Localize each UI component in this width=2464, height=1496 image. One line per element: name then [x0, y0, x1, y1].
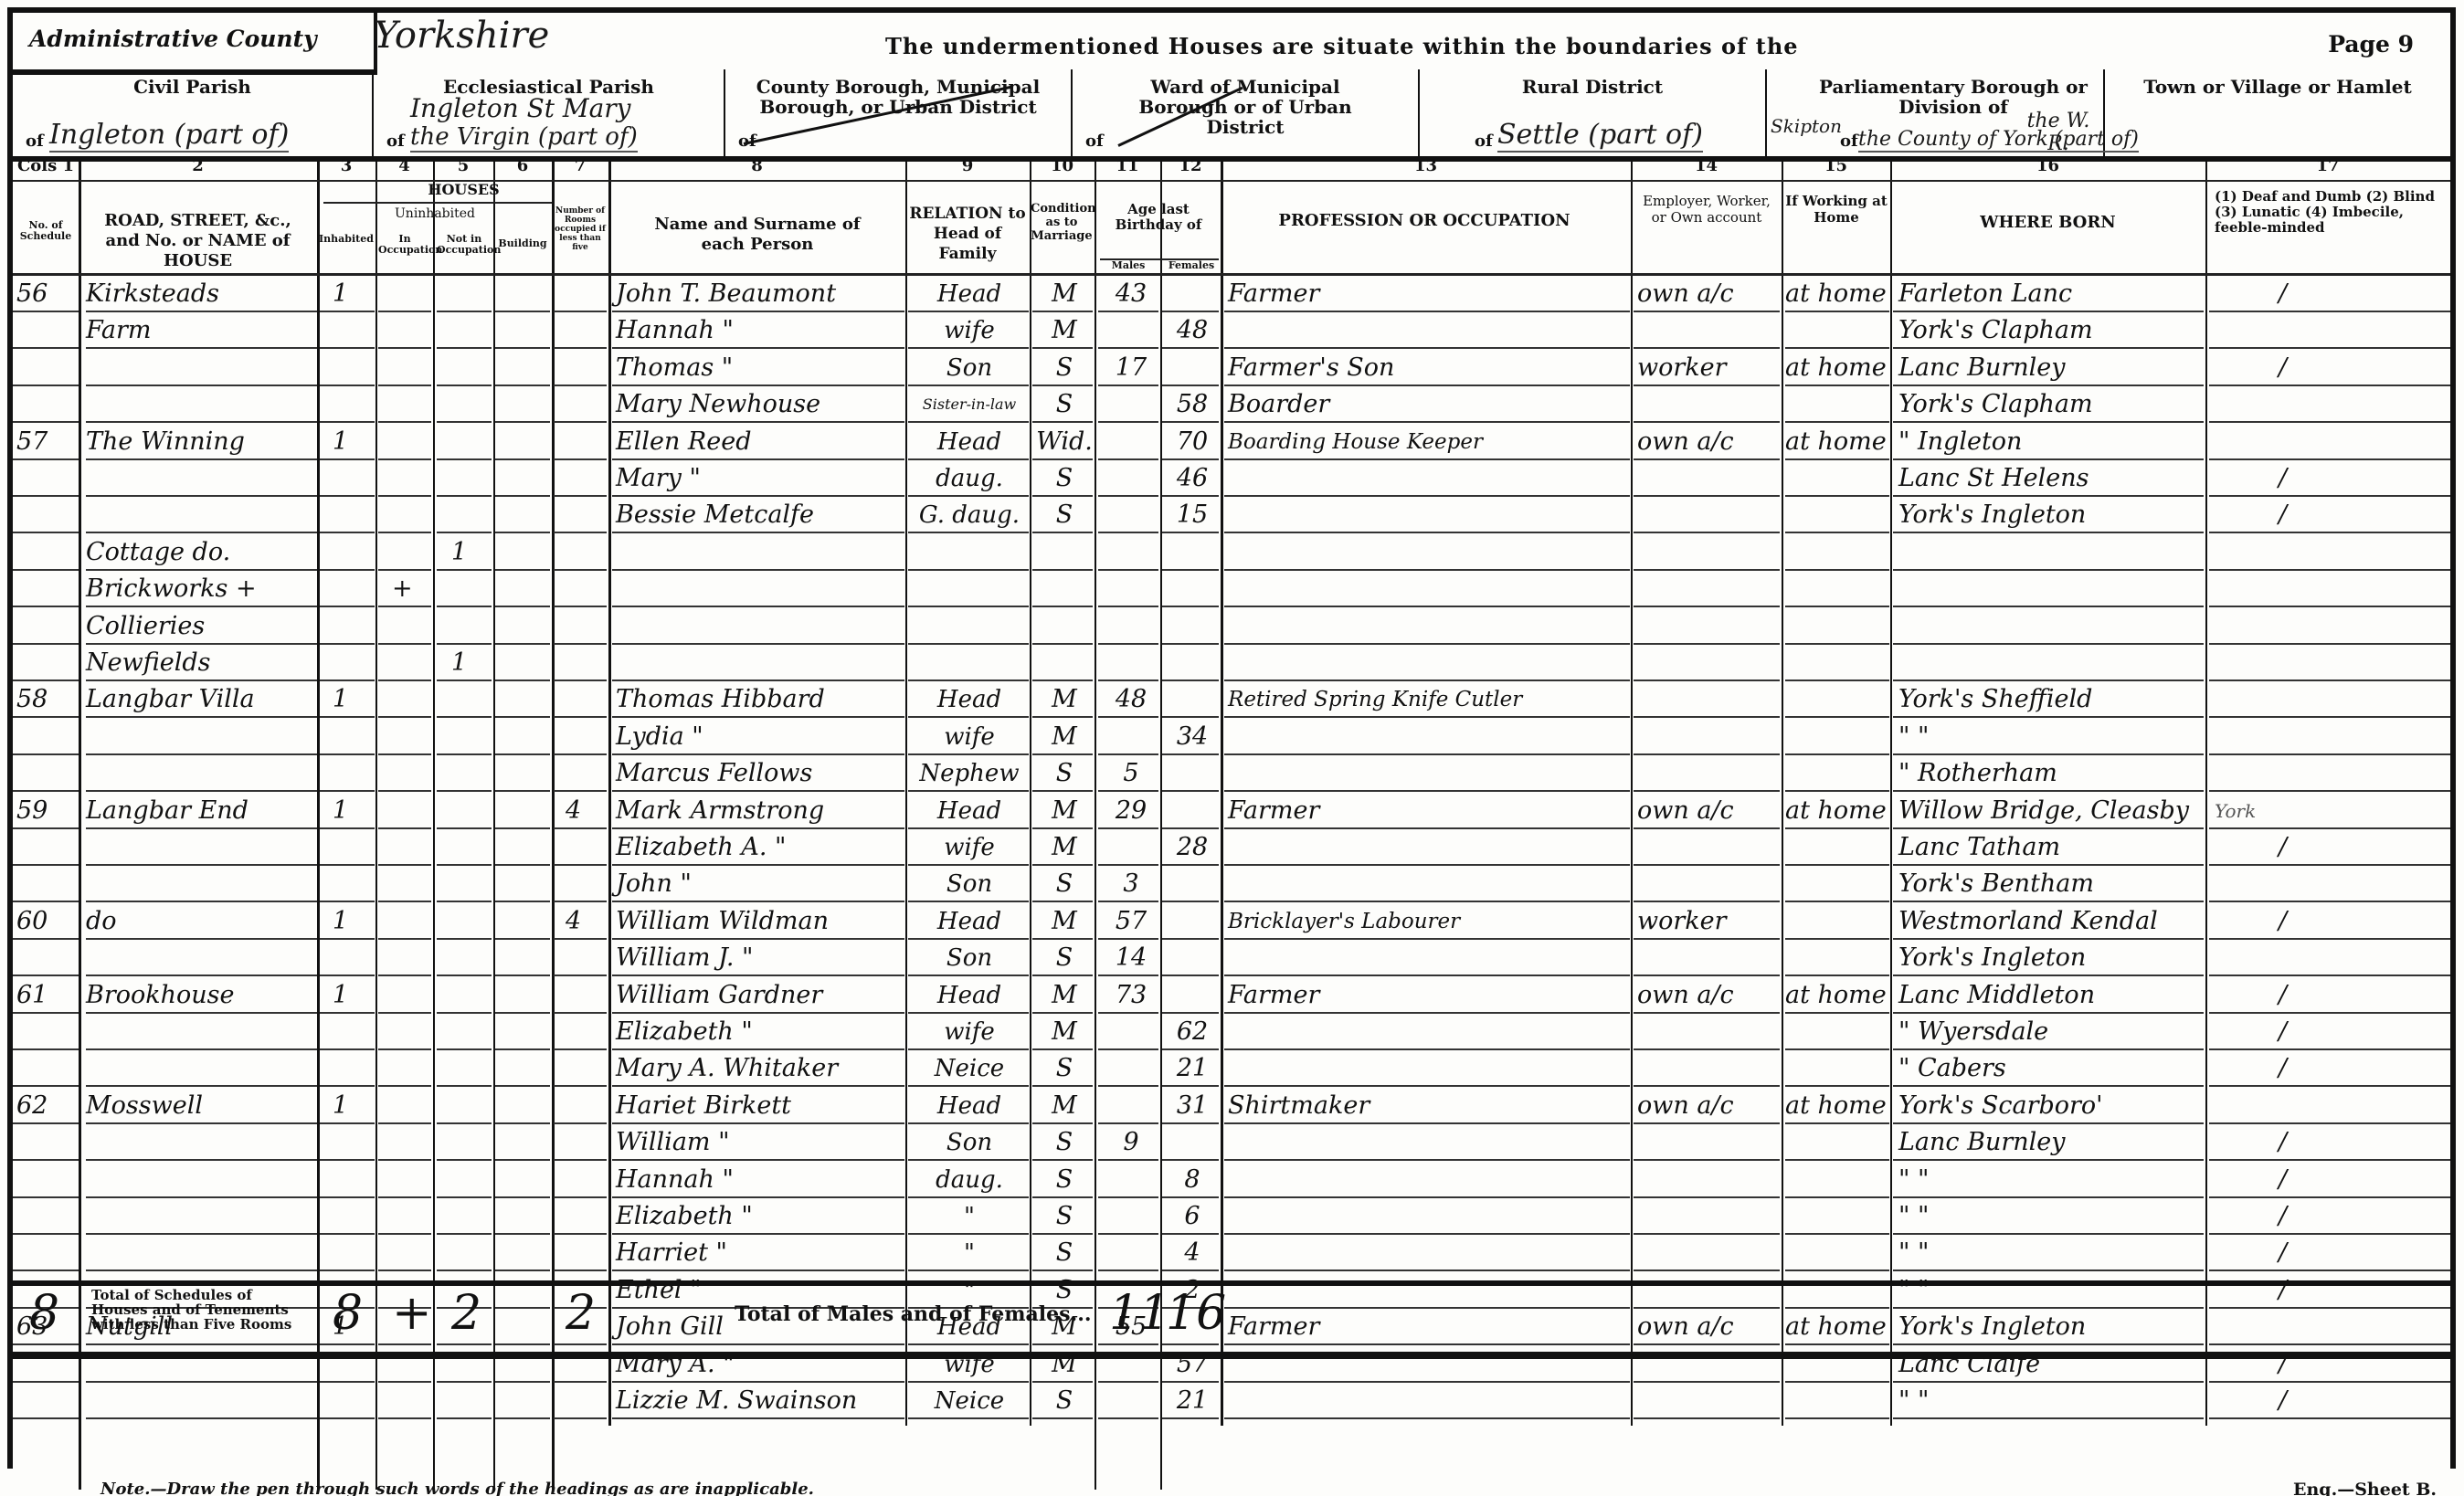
cell-condition: S — [1036, 1198, 1093, 1235]
cell-road — [86, 829, 314, 866]
cell-condition — [1036, 645, 1093, 681]
cell-road — [86, 719, 314, 755]
cell-female-age — [1166, 755, 1219, 792]
cell-in-occ — [392, 1050, 428, 1087]
cell-building — [506, 1383, 543, 1419]
rural-district: Rural District of Settle (part of) — [1420, 69, 1767, 156]
cell-born: " " — [1898, 1162, 2205, 1198]
cell-at-home — [1785, 903, 1888, 940]
cell-born: " " — [1898, 719, 2205, 755]
cell-female-age: 21 — [1166, 1383, 1219, 1419]
cell-infirmity: / — [2279, 1198, 2333, 1235]
cell-inhabited — [333, 1235, 369, 1271]
cell-relation: Head — [910, 424, 1029, 460]
cell-born: " " — [1898, 1235, 2205, 1271]
cell-infirmity: / — [2279, 1235, 2333, 1271]
cell-at-home — [1785, 940, 1888, 976]
table-row: Elizabeth ""S6" "/ — [13, 1198, 2450, 1235]
cell-occupation: Farmer's Son — [1228, 350, 1630, 386]
cell-building — [506, 1088, 543, 1124]
at-home-header: If Working at Home — [1785, 193, 1888, 226]
cell-female-age — [1166, 645, 1219, 681]
cell-name — [616, 645, 906, 681]
cell-relation: Son — [910, 866, 1029, 902]
cell-rooms — [566, 534, 602, 571]
cell-at-home: at home — [1785, 1088, 1888, 1124]
total-in-occupation: + — [392, 1286, 432, 1341]
cell-not-occ — [451, 1198, 488, 1235]
ecclesiastical-parish: Ecclesiastical Parish Ingleton St Mary o… — [374, 69, 725, 156]
cell-relation: " — [910, 1198, 1029, 1235]
cell-relation: Neice — [910, 1050, 1029, 1087]
cell-born: Lanc St Helens — [1898, 460, 2205, 497]
cell-male-age: 48 — [1104, 681, 1158, 718]
col-number: 7 — [552, 156, 608, 178]
cell-in-occ — [392, 866, 428, 902]
cell-condition: S — [1036, 1235, 1093, 1271]
cell-in-occ — [392, 645, 428, 681]
cell-at-home: at home — [1785, 424, 1888, 460]
cell-road: Kirksteads — [86, 276, 314, 312]
cell-not-occ — [451, 1088, 488, 1124]
cell-building — [506, 645, 543, 681]
cell-female-age — [1166, 350, 1219, 386]
col-number: 12 — [1160, 156, 1221, 178]
cell-name: Thomas Hibbard — [616, 681, 906, 718]
table-row: Elizabeth A. "wifeM28Lanc Tatham/ — [13, 829, 2450, 866]
table-row: Marcus FellowsNephewS5" Rotherham — [13, 755, 2450, 792]
rural-district-label: Rural District — [1420, 77, 1765, 97]
cell-building — [506, 424, 543, 460]
cell-male-age — [1104, 645, 1158, 681]
cell-building — [506, 1050, 543, 1087]
cell-condition: S — [1036, 350, 1093, 386]
cell-born: " Ingleton — [1898, 424, 2205, 460]
cell-relation: Sister-in-law — [910, 386, 1029, 423]
cell-female-age — [1166, 1124, 1219, 1161]
table-row: 62Mosswell1Hariet BirkettHeadM31Shirtmak… — [13, 1088, 2450, 1124]
cell-infirmity — [2279, 645, 2333, 681]
cell-building — [506, 719, 543, 755]
cell-male-age: 43 — [1104, 276, 1158, 312]
total-rooms: 2 — [566, 1286, 596, 1341]
houses-header: HOUSES — [375, 180, 552, 200]
col-number: 3 — [317, 156, 375, 178]
cell-relation: Head — [910, 793, 1029, 829]
cell-building — [506, 1014, 543, 1050]
cell-not-occ — [451, 424, 488, 460]
cell-name: Mark Armstrong — [616, 793, 906, 829]
col-number: 5 — [433, 156, 493, 178]
census-page: Administrative County Yorkshire The unde… — [7, 7, 2456, 1469]
cell-road: The Winning — [86, 424, 314, 460]
cell-schedule — [16, 645, 77, 681]
cell-occupation — [1228, 829, 1630, 866]
row-rule — [495, 1417, 550, 1419]
table-row: Elizabeth "wifeM62" Wyersdale/ — [13, 1014, 2450, 1050]
infirmity-header: (1) Deaf and Dumb (2) Blind (3) Lunatic … — [2215, 189, 2443, 236]
cell-name: Hariet Birkett — [616, 1088, 906, 1124]
cell-female-age: 6 — [1166, 1198, 1219, 1235]
cell-schedule — [16, 1162, 77, 1198]
of-label: of — [1475, 132, 1493, 151]
cell-employer: own a/c — [1637, 276, 1780, 312]
cell-in-occ — [392, 903, 428, 940]
cell-born: York's Clapham — [1898, 312, 2205, 349]
cell-employer — [1637, 608, 1780, 645]
cell-born — [1898, 645, 2205, 681]
row-rule — [908, 1417, 1029, 1419]
cell-female-age — [1166, 608, 1219, 645]
cell-not-occ — [451, 276, 488, 312]
cell-building — [506, 276, 543, 312]
name-header: Name and Surname of each Person — [643, 215, 872, 255]
cell-building — [506, 755, 543, 792]
page-number: Page 9 — [2328, 31, 2414, 58]
cell-condition: S — [1036, 386, 1093, 423]
cell-road: Collieries — [86, 608, 314, 645]
cell-in-occ — [392, 497, 428, 533]
cell-male-age — [1104, 386, 1158, 423]
cell-schedule — [16, 940, 77, 976]
cell-schedule: 56 — [16, 276, 77, 312]
row-rule — [2209, 1417, 2450, 1419]
cell-rooms — [566, 276, 602, 312]
cell-road — [86, 755, 314, 792]
cell-male-age — [1104, 1383, 1158, 1419]
relation-header: RELATION to Head of Family — [908, 204, 1027, 264]
cell-building — [506, 1235, 543, 1271]
cell-rooms — [566, 940, 602, 976]
col-number: 4 — [375, 156, 433, 178]
cell-at-home: at home — [1785, 793, 1888, 829]
cell-infirmity: / — [2279, 1014, 2333, 1050]
cell-at-home: at home — [1785, 350, 1888, 386]
cell-name: Bessie Metcalfe — [616, 497, 906, 533]
cell-schedule — [16, 829, 77, 866]
cell-not-occ — [451, 977, 488, 1014]
cell-male-age — [1104, 571, 1158, 607]
cell-occupation — [1228, 755, 1630, 792]
cell-employer: worker — [1637, 903, 1780, 940]
cell-schedule — [16, 1014, 77, 1050]
cell-road — [86, 940, 314, 976]
cell-employer: own a/c — [1637, 977, 1780, 1014]
cell-not-occ — [451, 755, 488, 792]
town-village-label: Town or Village or Hamlet — [2105, 77, 2450, 97]
in-occupation-header: In Occupation — [378, 234, 431, 256]
cell-schedule — [16, 534, 77, 571]
cell-employer — [1637, 1050, 1780, 1087]
cell-name — [616, 608, 906, 645]
cell-not-occ — [451, 1050, 488, 1087]
cell-male-age: 29 — [1104, 793, 1158, 829]
cell-inhabited — [333, 1014, 369, 1050]
cell-building — [506, 1198, 543, 1235]
cell-road — [86, 1124, 314, 1161]
cell-name: John T. Beaumont — [616, 276, 906, 312]
cell-occupation — [1228, 1014, 1630, 1050]
cell-road: Brookhouse — [86, 977, 314, 1014]
cell-at-home — [1785, 1014, 1888, 1050]
cell-male-age — [1104, 829, 1158, 866]
cell-at-home — [1785, 497, 1888, 533]
schedule-no-header: No. of Schedule — [13, 220, 79, 242]
row-rule — [554, 1417, 607, 1419]
cell-condition: M — [1036, 977, 1093, 1014]
cell-not-occ — [451, 1014, 488, 1050]
cell-infirmity — [2279, 386, 2333, 423]
cell-name: Hannah " — [616, 1162, 906, 1198]
cell-rooms — [566, 829, 602, 866]
cell-road: Cottage do. — [86, 534, 314, 571]
cell-male-age: 9 — [1104, 1124, 1158, 1161]
cell-born: York's Bentham — [1898, 866, 2205, 902]
cell-relation: daug. — [910, 460, 1029, 497]
cell-relation: " — [910, 1235, 1029, 1271]
cell-in-occ — [392, 1235, 428, 1271]
cell-in-occ — [392, 1014, 428, 1050]
cell-relation — [910, 645, 1029, 681]
cell-occupation: Farmer — [1228, 793, 1630, 829]
cell-not-occ — [451, 793, 488, 829]
cell-infirmity — [2279, 940, 2333, 976]
cell-employer — [1637, 312, 1780, 349]
cell-employer — [1637, 866, 1780, 902]
cell-name: Marcus Fellows — [616, 755, 906, 792]
row-rule — [1785, 1417, 1889, 1419]
rooms-header: Number of Rooms occupied if less than fi… — [554, 206, 607, 252]
cell-rooms — [566, 497, 602, 533]
table-row: 56Kirksteads1John T. BeaumontHeadM43Farm… — [13, 276, 2450, 312]
cell-rooms — [566, 571, 602, 607]
cell-road — [86, 866, 314, 902]
cell-inhabited — [333, 829, 369, 866]
cell-condition: M — [1036, 681, 1093, 718]
cell-employer — [1637, 1235, 1780, 1271]
cell-at-home — [1785, 755, 1888, 792]
cell-infirmity — [2279, 719, 2333, 755]
cell-in-occ — [392, 719, 428, 755]
cell-inhabited — [333, 866, 369, 902]
cell-infirmity: / — [2279, 977, 2333, 1014]
cell-occupation — [1228, 1124, 1630, 1161]
cell-female-age: 8 — [1166, 1162, 1219, 1198]
total-inhabited: 8 — [333, 1286, 363, 1341]
cell-male-age — [1104, 424, 1158, 460]
row-rule — [86, 1417, 317, 1419]
cell-female-age: 70 — [1166, 424, 1219, 460]
col-number: 16 — [1890, 156, 2205, 178]
cell-not-occ — [451, 1162, 488, 1198]
cell-name: William Gardner — [616, 977, 906, 1014]
cell-male-age — [1104, 608, 1158, 645]
cell-condition: S — [1036, 497, 1093, 533]
cell-rooms: 4 — [566, 903, 602, 940]
cell-born — [1898, 608, 2205, 645]
cell-occupation: Bricklayer's Labourer — [1228, 903, 1630, 940]
cell-employer — [1637, 1162, 1780, 1198]
cell-born: Lanc Burnley — [1898, 1124, 2205, 1161]
ward-label: Ward of Municipal Borough or of Urban Di… — [1073, 77, 1418, 137]
cell-rooms — [566, 350, 602, 386]
cell-infirmity — [2279, 312, 2333, 349]
cell-schedule — [16, 571, 77, 607]
cell-employer — [1637, 829, 1780, 866]
cell-inhabited — [333, 1124, 369, 1161]
cell-road — [86, 1383, 314, 1419]
table-row: 59Langbar End14Mark ArmstrongHeadM29Farm… — [13, 793, 2450, 829]
cell-born: York's Ingleton — [1898, 497, 2205, 533]
cell-female-age: 28 — [1166, 829, 1219, 866]
cell-rooms — [566, 312, 602, 349]
cell-road — [86, 460, 314, 497]
cell-relation: Head — [910, 1088, 1029, 1124]
table-row: Hannah "daug.S8" "/ — [13, 1162, 2450, 1198]
cell-female-age: 58 — [1166, 386, 1219, 423]
cell-infirmity — [2279, 681, 2333, 718]
cell-condition — [1036, 608, 1093, 645]
cell-employer — [1637, 719, 1780, 755]
cell-inhabited — [333, 534, 369, 571]
row-rule — [1893, 1417, 2204, 1419]
cell-infirmity — [2279, 571, 2333, 607]
cell-occupation — [1228, 571, 1630, 607]
cell-infirmity — [2279, 608, 2333, 645]
cell-in-occ — [392, 1124, 428, 1161]
cell-name: Mary A. Whitaker — [616, 1050, 906, 1087]
cell-condition: M — [1036, 312, 1093, 349]
cell-infirmity: / — [2279, 1383, 2333, 1419]
cell-at-home — [1785, 571, 1888, 607]
cell-road: Langbar End — [86, 793, 314, 829]
cell-road: Mosswell — [86, 1088, 314, 1124]
cell-condition: S — [1036, 1124, 1093, 1161]
cell-inhabited: 1 — [333, 276, 369, 312]
cell-employer — [1637, 1014, 1780, 1050]
cell-female-age — [1166, 940, 1219, 976]
cell-in-occ — [392, 534, 428, 571]
cell-not-occ — [451, 1383, 488, 1419]
road-header: ROAD, STREET, &c., and No. or NAME of HO… — [86, 211, 310, 271]
cell-schedule — [16, 608, 77, 645]
cell-building — [506, 940, 543, 976]
cell-born: Lanc Tatham — [1898, 829, 2205, 866]
cell-employer: own a/c — [1637, 1088, 1780, 1124]
cell-rooms — [566, 460, 602, 497]
cell-occupation — [1228, 312, 1630, 349]
cell-female-age — [1166, 681, 1219, 718]
cell-female-age — [1166, 534, 1219, 571]
row-rule — [1634, 1417, 1780, 1419]
cell-infirmity — [2279, 1088, 2333, 1124]
cell-relation: G. daug. — [910, 497, 1029, 533]
cell-at-home — [1785, 1050, 1888, 1087]
cell-born: Willow Bridge, Cleasby — [1898, 793, 2205, 829]
cell-inhabited: 1 — [333, 977, 369, 1014]
totals-schedules-label: Total of Schedules of Houses and of Tene… — [91, 1288, 311, 1332]
cell-relation: wife — [910, 829, 1029, 866]
cell-rooms — [566, 1088, 602, 1124]
civil-parish-value: Ingleton (part of) — [49, 119, 289, 153]
total-not-in-occupation: 2 — [451, 1286, 481, 1341]
cell-relation: wife — [910, 312, 1029, 349]
cell-not-occ — [451, 719, 488, 755]
cell-born: " " — [1898, 1198, 2205, 1235]
cell-building — [506, 866, 543, 902]
cell-building — [506, 460, 543, 497]
cell-name: William Wildman — [616, 903, 906, 940]
cell-male-age — [1104, 1050, 1158, 1087]
cell-infirmity: / — [2279, 1124, 2333, 1161]
cell-at-home — [1785, 829, 1888, 866]
cell-schedule — [16, 497, 77, 533]
cell-condition: M — [1036, 903, 1093, 940]
ecclesiastical-parish-line1: Ingleton St Mary — [410, 93, 631, 123]
cell-born: Lanc Middleton — [1898, 977, 2205, 1014]
col-number: 10 — [1030, 156, 1095, 178]
cell-infirmity: / — [2279, 460, 2333, 497]
table-row: Brickworks ++ — [13, 571, 2450, 607]
cell-male-age — [1104, 1235, 1158, 1271]
cell-in-occ — [392, 977, 428, 1014]
cell-building — [506, 829, 543, 866]
cell-building — [506, 386, 543, 423]
cell-employer — [1637, 534, 1780, 571]
col-number: 11 — [1095, 156, 1160, 178]
cell-rooms — [566, 386, 602, 423]
cell-road — [86, 1050, 314, 1087]
cell-at-home — [1785, 1124, 1888, 1161]
not-in-occupation-header: Not in Occupation — [437, 234, 492, 256]
cell-at-home — [1785, 681, 1888, 718]
cell-name: John " — [616, 866, 906, 902]
cell-building — [506, 497, 543, 533]
administrative-county-value: Yorkshire — [374, 15, 549, 57]
cell-employer: own a/c — [1637, 424, 1780, 460]
cell-in-occ — [392, 1383, 428, 1419]
cell-schedule — [16, 755, 77, 792]
cell-inhabited: 1 — [333, 793, 369, 829]
cell-occupation: Farmer — [1228, 977, 1630, 1014]
col-number: 17 — [2205, 156, 2450, 178]
cell-relation: daug. — [910, 1162, 1029, 1198]
cell-infirmity — [2279, 793, 2333, 829]
cell-occupation: Boarding House Keeper — [1228, 424, 1630, 460]
cell-relation: wife — [910, 1014, 1029, 1050]
cell-female-age: 48 — [1166, 312, 1219, 349]
cell-name: Lizzie M. Swainson — [616, 1383, 906, 1419]
col-number: Cols 1 — [13, 156, 79, 178]
cell-born: York's Clapham — [1898, 386, 2205, 423]
cell-female-age — [1166, 571, 1219, 607]
cell-infirmity: / — [2279, 497, 2333, 533]
cell-relation: Head — [910, 276, 1029, 312]
cell-male-age — [1104, 719, 1158, 755]
cell-infirmity: / — [2279, 903, 2333, 940]
cell-occupation — [1228, 940, 1630, 976]
cell-condition: S — [1036, 460, 1093, 497]
cell-schedule — [16, 1124, 77, 1161]
cell-infirmity — [2279, 755, 2333, 792]
cell-name: Hannah " — [616, 312, 906, 349]
cell-rooms — [566, 681, 602, 718]
cell-in-occ — [392, 460, 428, 497]
cell-in-occ: + — [392, 571, 428, 607]
table-row: Harriet ""S4" "/ — [13, 1235, 2450, 1271]
cell-name: William J. " — [616, 940, 906, 976]
of-label: of — [1085, 132, 1104, 151]
